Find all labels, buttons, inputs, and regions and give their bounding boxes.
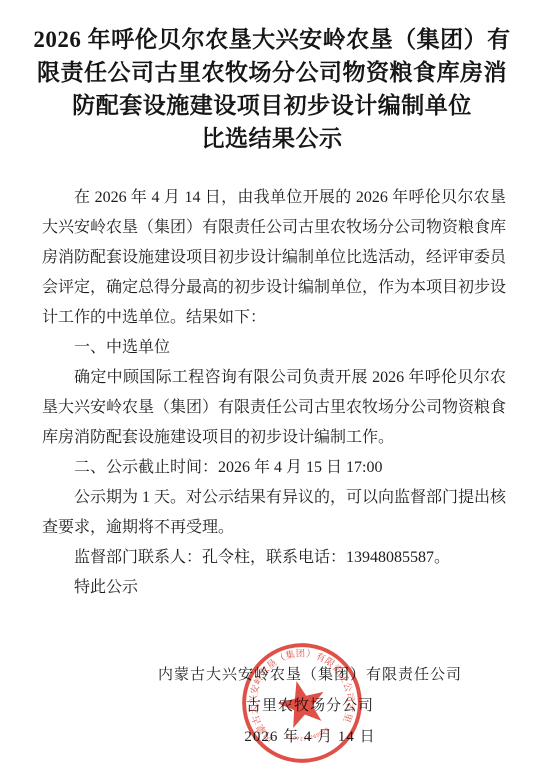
signature-branch: 古里农牧场分公司	[132, 691, 488, 722]
signature-date: 2026 年 4 月 14 日	[132, 722, 488, 753]
document-page: 2026 年呼伦贝尔农垦大兴安岭农垦（集团）有 限责任公司古里农牧场分公司物资粮…	[0, 0, 544, 776]
paragraph-closing: 特此公示	[42, 573, 506, 603]
title-line: 比选结果公示	[0, 122, 544, 155]
paragraph-section1-heading: 一、中选单位	[42, 333, 506, 363]
document-title: 2026 年呼伦贝尔农垦大兴安岭农垦（集团）有 限责任公司古里农牧场分公司物资粮…	[0, 0, 544, 155]
title-line: 2026 年呼伦贝尔农垦大兴安岭农垦（集团）有	[0, 23, 544, 56]
document-body: 在 2026 年 4 月 14 日，由我单位开展的 2026 年呼伦贝尔农垦大兴…	[42, 183, 506, 603]
title-line: 防配套设施建设项目初步设计编制单位	[0, 89, 544, 122]
paragraph-objection-notice: 公示期为 1 天。对公示结果有异议的，可以向监督部门提出核查要求，逾期将不再受理…	[42, 483, 506, 543]
paragraph-intro: 在 2026 年 4 月 14 日，由我单位开展的 2026 年呼伦贝尔农垦大兴…	[42, 183, 506, 333]
paragraph-section2-deadline: 二、公示截止时间：2026 年 4 月 15 日 17:00	[42, 453, 506, 483]
title-line: 限责任公司古里农牧场分公司物资粮食库房消	[0, 56, 544, 89]
paragraph-supervision-contact: 监督部门联系人：孔令柱，联系电话：13948085587。	[42, 543, 506, 573]
paragraph-selected-unit: 确定中顾国际工程咨询有限公司负责开展 2026 年呼伦贝尔农垦大兴安岭农垦（集团…	[42, 363, 506, 453]
signature-company: 内蒙古大兴安岭农垦（集团）有限责任公司	[132, 660, 488, 691]
signature-block: 内蒙古大兴安岭农垦（集团）有限责任公司 古里农牧场分公司 2026 年 4 月 …	[132, 660, 488, 753]
